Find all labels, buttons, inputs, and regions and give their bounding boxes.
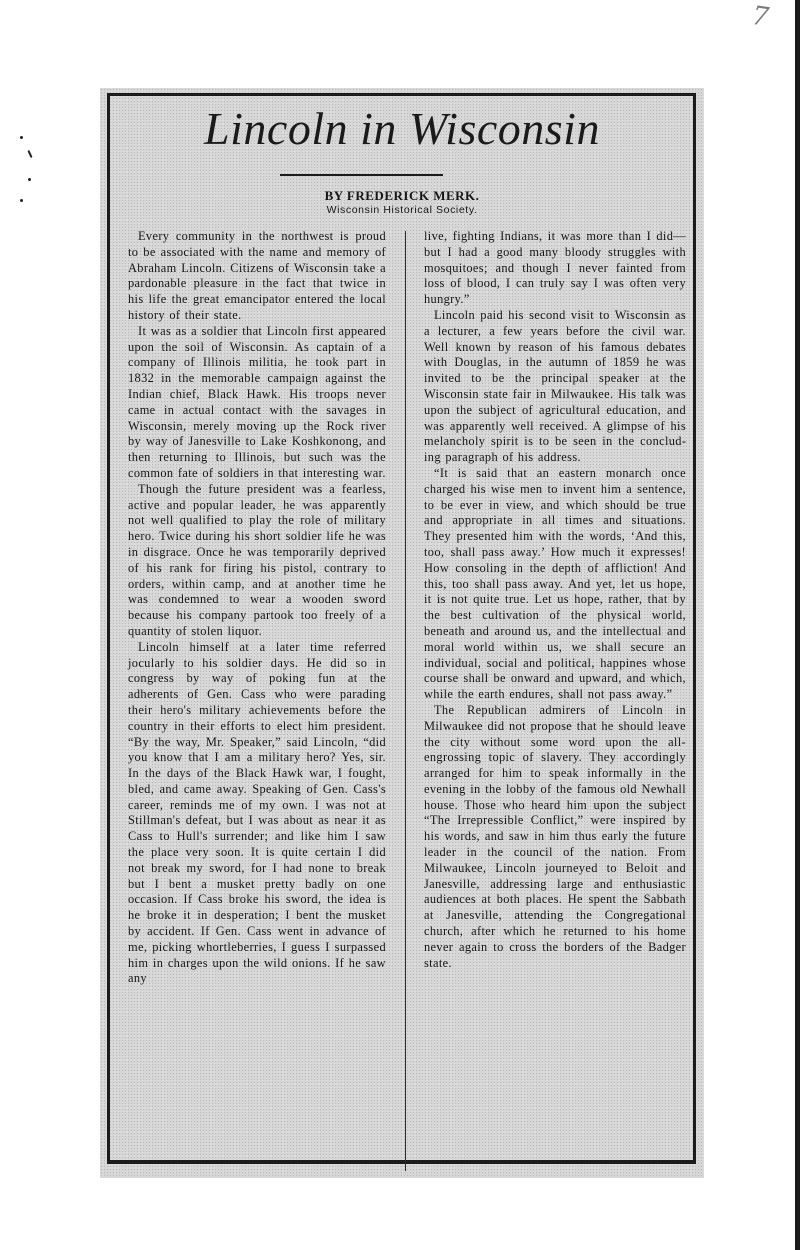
author-affiliation: Wisconsin Historical Society.: [100, 204, 704, 216]
column-divider: [405, 231, 406, 1171]
paragraph: Lincoln himself at a later time re­ferre…: [128, 640, 386, 988]
paragraph: “It is said that an eastern mon­arch onc…: [424, 466, 686, 703]
handwritten-page-mark: 7: [750, 1, 771, 33]
paragraph-continued: live, fighting Indians, it was more than…: [424, 229, 686, 308]
paragraph: Every community in the northwest is prou…: [128, 229, 386, 324]
scan-edge-bar: [795, 0, 800, 1250]
paragraph: The Republican admirers of Lin­coln in M…: [424, 703, 686, 972]
left-column: Every community in the northwest is prou…: [128, 229, 386, 987]
newspaper-clipping: Lincoln in Wisconsin BY FREDERICK MERK. …: [100, 88, 704, 1178]
right-column: live, fighting Indians, it was more than…: [424, 229, 686, 971]
article-headline: Lincoln in Wisconsin: [100, 102, 704, 155]
article-byline: BY FREDERICK MERK.: [100, 188, 704, 204]
headline-rule: [280, 174, 443, 176]
paragraph: It was as a soldier that Lincoln first a…: [128, 324, 386, 482]
paragraph: Lincoln paid his second visit to Wiscons…: [424, 308, 686, 466]
paragraph: Though the future president was a fearle…: [128, 482, 386, 640]
